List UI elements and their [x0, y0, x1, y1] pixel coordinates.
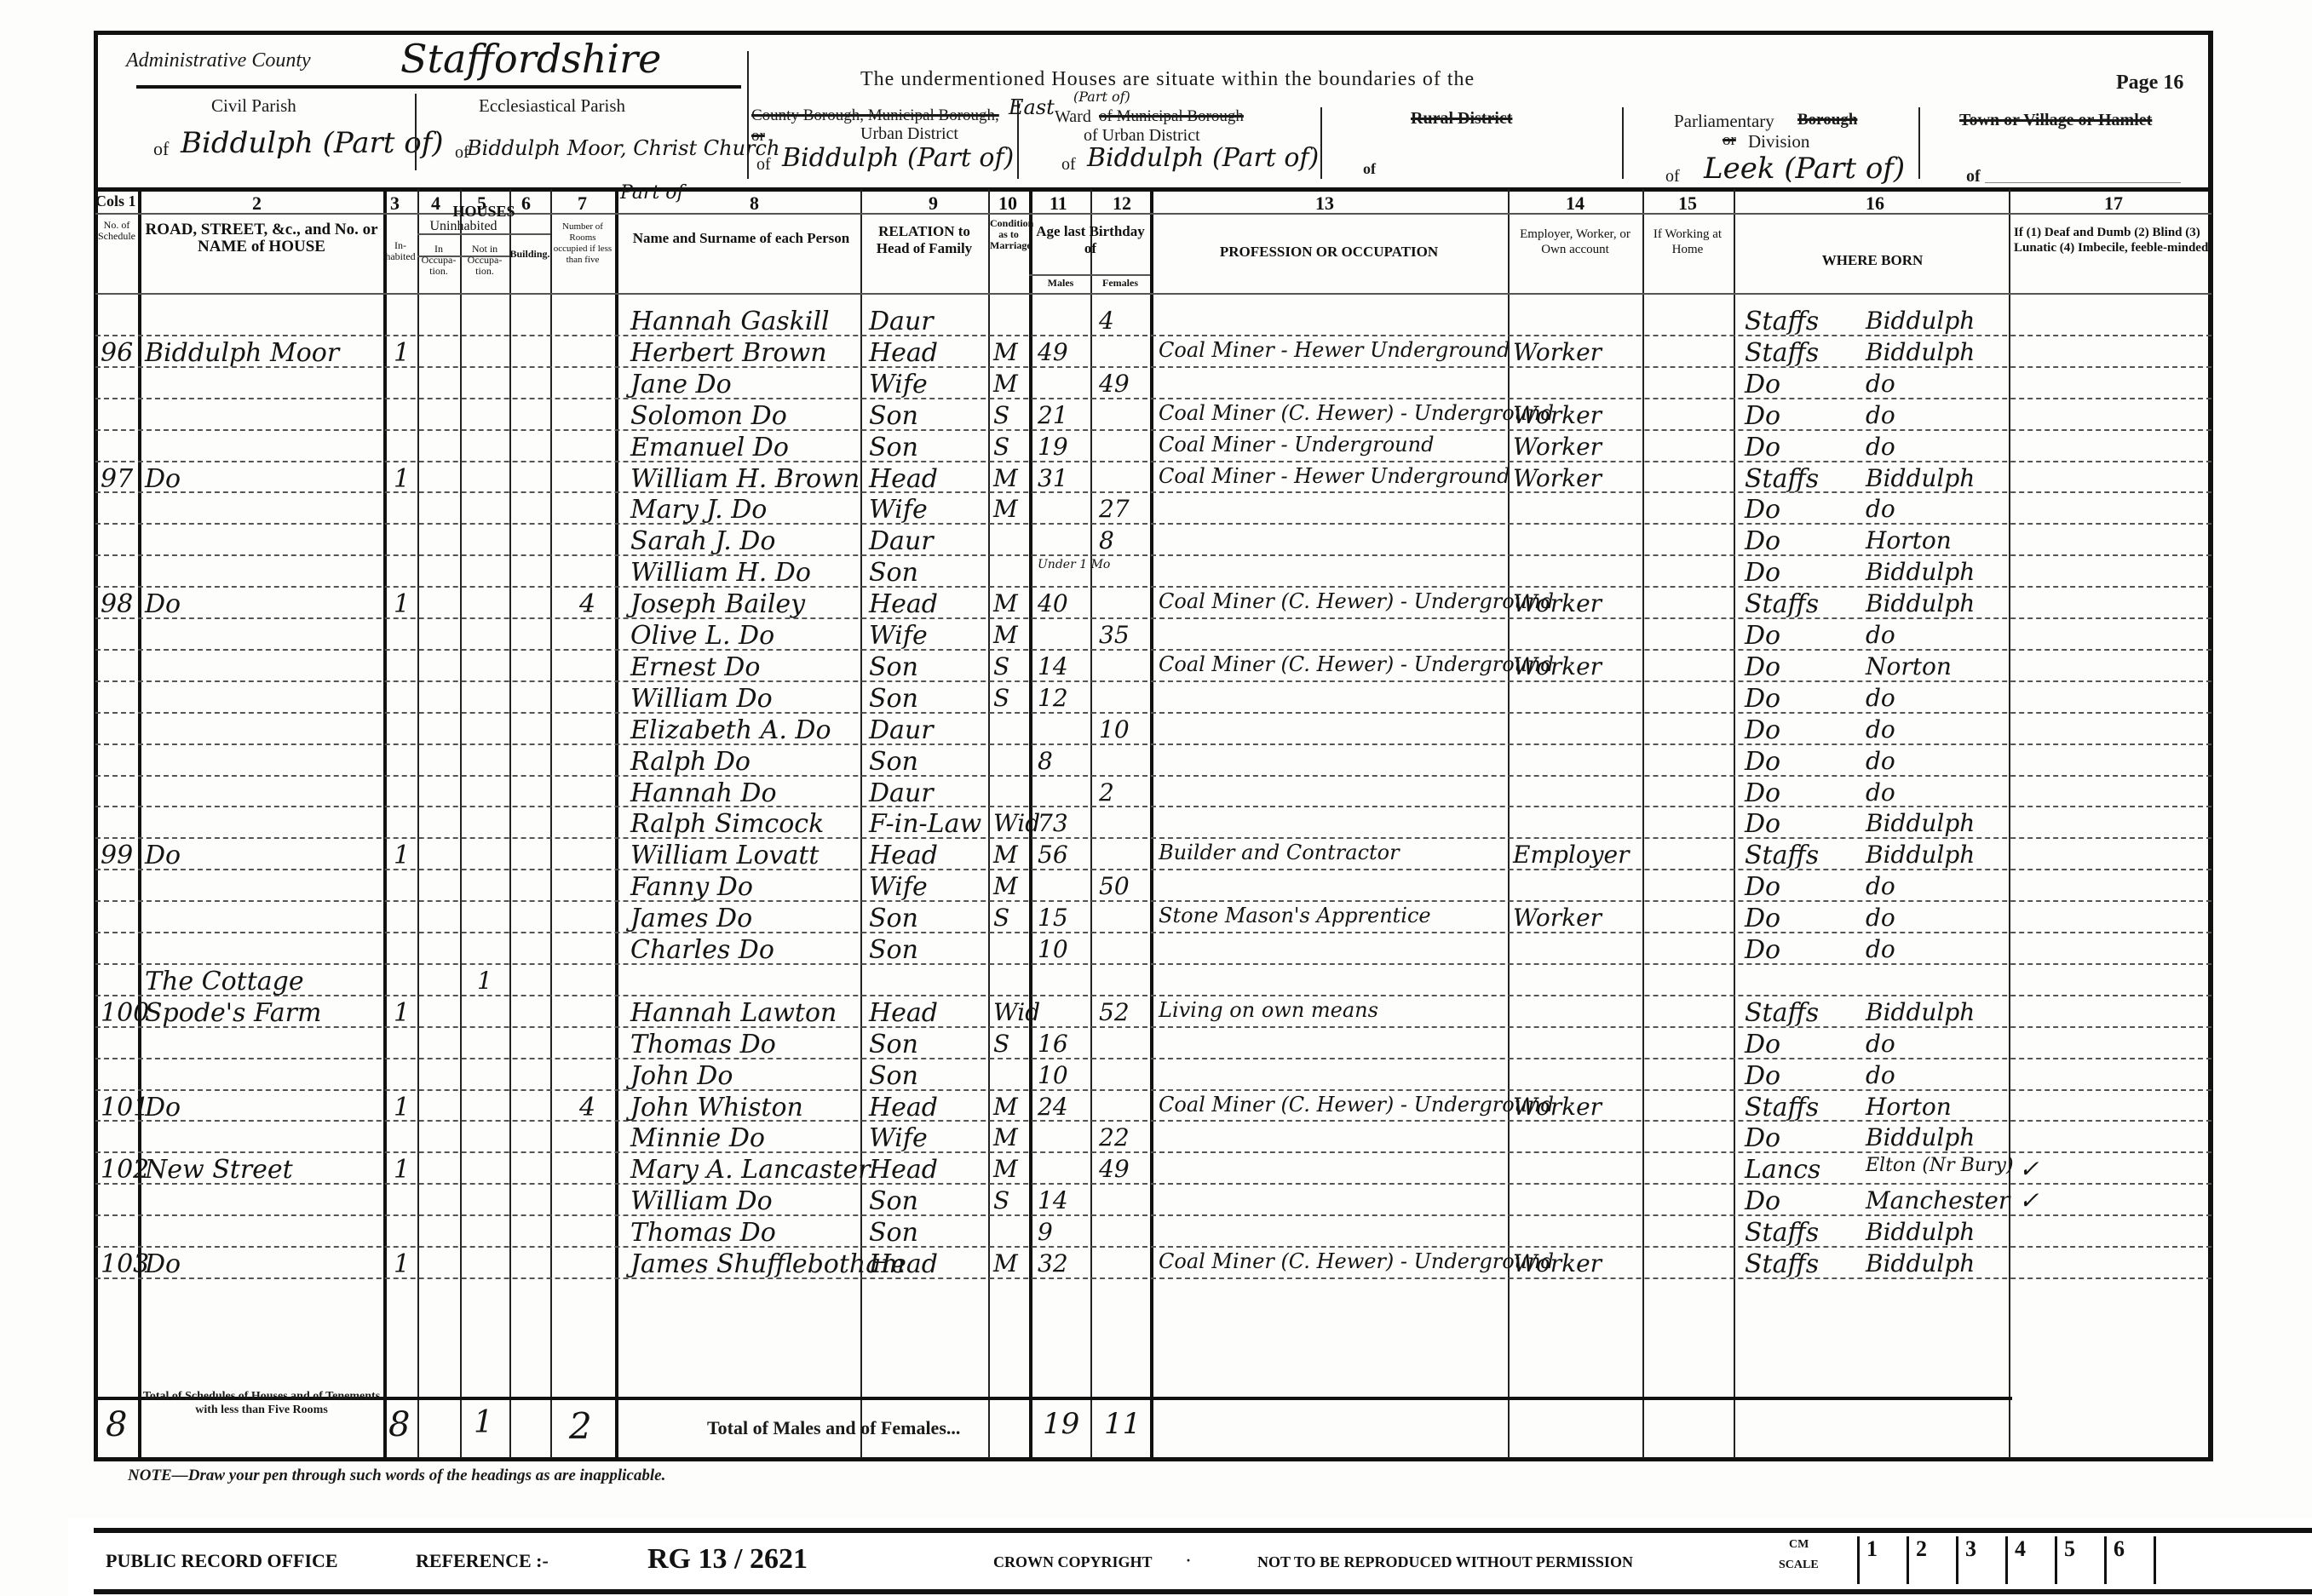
person-name: Charles Do [630, 935, 774, 965]
row-rule [95, 398, 2211, 399]
birth-county: Staffs [1745, 1249, 1819, 1279]
birth-county: Staffs [1745, 338, 1819, 368]
age-male: 19 [1038, 433, 1068, 461]
relation: Daur [869, 526, 934, 556]
column-divider [460, 189, 462, 1458]
birth-place: Horton [1866, 1093, 1952, 1121]
col-number-17: 17 [2104, 192, 2123, 215]
row-rule [95, 1246, 2211, 1248]
row-rule [95, 1026, 2211, 1028]
age-male: 14 [1038, 1186, 1068, 1214]
marital-condition: M [993, 338, 1018, 366]
marital-condition: M [993, 464, 1018, 492]
header-divider [95, 187, 2211, 192]
inhabited-count: 1 [394, 464, 410, 494]
scale-mark: 3 [1956, 1536, 2005, 1584]
town-village-label: Town or Village or Hamlet [1959, 111, 2152, 130]
rooms-count: 4 [579, 1093, 595, 1122]
birth-place: Biddulph [1866, 589, 1975, 617]
age-male: Under 1 Mo [1038, 558, 1110, 571]
col9-header: RELATION to Head of Family [862, 223, 986, 257]
marital-condition: M [993, 370, 1018, 398]
employment-status: Worker [1513, 589, 1602, 617]
age-male: 12 [1038, 684, 1068, 712]
total-females: 11 [1104, 1407, 1141, 1441]
col-number-15: 15 [1678, 192, 1697, 215]
parliamentary-or-struck: or [1722, 131, 1736, 150]
row-rule [95, 649, 2211, 651]
marital-condition: M [993, 872, 1018, 900]
person-name: James Shufflebotham [630, 1249, 906, 1279]
of-label: of [1966, 167, 1981, 187]
birth-county: Do [1745, 370, 1780, 399]
col3-header: In-habited [383, 240, 417, 262]
marital-condition: S [993, 433, 1009, 461]
age-male: 73 [1038, 809, 1068, 837]
relation: Wife [869, 495, 928, 525]
person-name: Thomas Do [630, 1030, 776, 1059]
total-males: 19 [1043, 1407, 1079, 1441]
birth-county: Do [1745, 526, 1780, 556]
age-male: 16 [1038, 1030, 1068, 1058]
person-name: Elizabeth A. Do [630, 715, 831, 745]
occupation: Coal Miner (C. Hewer) - Underground [1159, 1249, 1554, 1273]
occupation: Coal Miner - Underground [1159, 433, 1434, 456]
row-rule [95, 932, 2211, 933]
address: Spode's Farm [145, 998, 321, 1028]
schedule-number: 99 [101, 841, 133, 870]
col-number-12: 12 [1113, 192, 1131, 215]
birth-county: Do [1745, 558, 1780, 588]
person-name: Ralph Simcock [630, 809, 824, 839]
relation: Son [869, 1186, 918, 1216]
relation: Head [869, 841, 938, 870]
person-name: Olive L. Do [630, 621, 774, 651]
row-rule [95, 900, 2211, 902]
relation: Son [869, 904, 918, 933]
age-male: 15 [1038, 904, 1068, 932]
occupation: Coal Miner (C. Hewer) - Underground [1159, 401, 1554, 425]
col8-header: Name and Surname of each Person [630, 230, 852, 247]
total-schedules: 8 [106, 1405, 127, 1444]
occupation: Coal Miner (C. Hewer) - Underground [1159, 652, 1554, 676]
birth-place: Biddulph [1866, 307, 1975, 335]
ward-value: Biddulph (Part of) [1087, 143, 1319, 173]
parliamentary-value: Leek (Part of) [1704, 152, 1905, 186]
person-name: Ernest Do [630, 652, 760, 682]
occupation: Living on own means [1159, 998, 1378, 1022]
relation: Head [869, 464, 938, 494]
col-number-16: 16 [1866, 192, 1884, 215]
birth-county: Do [1745, 1186, 1780, 1216]
birth-place: do [1866, 621, 1895, 649]
column-divider [615, 189, 618, 1458]
birth-county: Staffs [1745, 1093, 1819, 1122]
ward-part-note: (Part of) [1073, 89, 1130, 105]
birth-place: do [1866, 684, 1895, 712]
row-rule [95, 429, 2211, 431]
col1-header: No. of Schedule [95, 220, 138, 242]
row-rule [95, 1058, 2211, 1059]
col10-header: Condition as to Marriage [990, 218, 1027, 251]
birth-county: Staffs [1745, 1218, 1819, 1248]
relation: Wife [869, 621, 928, 651]
birth-place: Biddulph [1866, 809, 1975, 837]
birth-county: Do [1745, 1123, 1780, 1153]
person-name: William H. Do [630, 558, 811, 588]
inhabited-count: 1 [394, 1249, 410, 1279]
occupation: Coal Miner (C. Hewer) - Underground [1159, 589, 1554, 613]
heading-note: NOTE—Draw your pen through such words of… [128, 1467, 665, 1485]
birth-county: Do [1745, 621, 1780, 651]
schedule-number: 100 [101, 998, 149, 1028]
ward-struck-label: of Municipal Borough [1099, 107, 1244, 126]
marital-condition: Wid [993, 998, 1040, 1026]
row-rule [95, 775, 2211, 777]
age-male: 10 [1038, 1061, 1068, 1089]
relation: Son [869, 935, 918, 965]
schedule-number: 101 [101, 1093, 149, 1122]
col7-header: Number of Rooms occupied if less than fi… [552, 221, 613, 266]
scale-mark: 5 [2055, 1536, 2104, 1584]
ward-prefix: East [1009, 95, 1055, 119]
birth-place: do [1866, 495, 1895, 523]
birth-place: do [1866, 747, 1895, 775]
footer-reference-label: REFERENCE :- [416, 1550, 549, 1572]
infirmity-mark: ✓ [2019, 1186, 2039, 1214]
age-male: 9 [1038, 1218, 1053, 1246]
relation: Son [869, 684, 918, 714]
schedule-number: 103 [101, 1249, 149, 1279]
inhabited-count: 1 [394, 841, 410, 870]
column-divider [1642, 189, 1644, 1458]
row-rule [95, 1214, 2211, 1216]
of-label: of [153, 138, 169, 160]
relation: Son [869, 401, 918, 431]
row-rule [95, 461, 2211, 462]
birth-place: Biddulph [1866, 841, 1975, 869]
employment-status: Worker [1513, 904, 1602, 932]
relation: Wife [869, 1123, 928, 1153]
relation: Son [869, 1030, 918, 1059]
divider [1918, 107, 1920, 179]
occupation: Builder and Contractor [1159, 841, 1400, 864]
col4-header: In Occupa-tion. [419, 244, 458, 277]
person-name: Joseph Bailey [630, 589, 805, 619]
birth-county: Do [1745, 935, 1780, 965]
col6-header: Building. [509, 249, 550, 260]
row-rule [95, 680, 2211, 682]
parliamentary-borough-struck: Borough [1797, 111, 1857, 129]
birth-county: Staffs [1745, 464, 1819, 494]
birth-place: do [1866, 904, 1895, 932]
age-female: 4 [1099, 307, 1114, 335]
person-name: William H. Brown [630, 464, 860, 494]
marital-condition: M [993, 1123, 1018, 1151]
col11-12-header: Age last Birthday of [1032, 223, 1148, 257]
person-name: Fanny Do [630, 872, 753, 902]
urban-district-value: Biddulph (Part of) [782, 143, 1014, 173]
col16-header: WHERE BORN [1738, 252, 2007, 269]
age-female: 52 [1099, 998, 1130, 1026]
row-rule [95, 366, 2211, 368]
employment-status: Worker [1513, 652, 1602, 680]
column-divider [1734, 189, 1735, 1458]
birth-place: do [1866, 778, 1895, 807]
col14-header: Employer, Worker, or Own account [1510, 227, 1641, 257]
relation: Head [869, 338, 938, 368]
age-male: 14 [1038, 652, 1068, 680]
divider [415, 94, 417, 170]
marital-condition: S [993, 904, 1009, 932]
footer-reference-value: RG 13 / 2621 [647, 1543, 808, 1576]
address: Do [145, 1249, 181, 1279]
col-number-10: 10 [998, 192, 1017, 215]
age-male: 24 [1038, 1093, 1068, 1121]
age-female: 49 [1099, 1155, 1130, 1183]
column-divider [1150, 189, 1153, 1458]
person-name: John Do [630, 1061, 733, 1091]
infirmity-mark: ✓ [2019, 1155, 2039, 1183]
person-name: William Lovatt [630, 841, 819, 870]
of-label: of [1665, 167, 1680, 187]
rooms-count: 4 [579, 589, 595, 619]
row-rule [95, 523, 2211, 525]
total-rooms: 2 [569, 1405, 592, 1447]
marital-condition: Wid [993, 809, 1040, 837]
birth-place: Biddulph [1866, 558, 1975, 586]
column-divider [383, 189, 387, 1458]
marital-condition: S [993, 401, 1009, 429]
age-female: 27 [1099, 495, 1130, 523]
column-divider [1090, 189, 1092, 1458]
schedule-number: 102 [101, 1155, 149, 1185]
person-name: Emanuel Do [630, 433, 789, 462]
col5-header: Not in Occupa-tion. [462, 244, 508, 277]
urban-district-label: Urban District [860, 124, 958, 144]
person-name: Hannah Lawton [630, 998, 837, 1028]
person-name: Hannah Do [630, 778, 777, 808]
row-rule [95, 837, 2211, 839]
admin-county-label: Administrative County [126, 49, 311, 72]
row-rule [95, 1089, 2211, 1091]
row-rule [95, 869, 2211, 870]
person-name: William Do [630, 684, 773, 714]
census-page: Administrative County Staffordshire The … [0, 0, 2312, 1596]
relation: Son [869, 652, 918, 682]
scale-mark: 4 [2005, 1536, 2055, 1584]
age-female: 8 [1099, 526, 1114, 554]
age-male: 10 [1038, 935, 1068, 963]
of-label: of [1363, 160, 1376, 178]
parliamentary-label: Parliamentary [1674, 111, 1774, 132]
birth-place: Biddulph [1866, 998, 1975, 1026]
birth-place: do [1866, 872, 1895, 900]
birth-county: Staffs [1745, 589, 1819, 619]
employment-status: Employer [1513, 841, 1630, 869]
person-name: Mary J. Do [630, 495, 767, 525]
marital-condition: M [993, 621, 1018, 649]
ward-label: Ward [1055, 107, 1091, 127]
birth-place: Biddulph [1866, 464, 1975, 492]
divider [136, 85, 741, 89]
person-name: William Do [630, 1186, 773, 1216]
town-village-value-line [1985, 182, 2181, 183]
relation: Head [869, 1155, 938, 1185]
birth-place: do [1866, 433, 1895, 461]
relation: Daur [869, 307, 934, 336]
total-males-females-label: Total of Males and of Females... [707, 1417, 960, 1439]
birth-place: do [1866, 715, 1895, 743]
birth-place: Manchester [1866, 1186, 2010, 1214]
relation: Son [869, 558, 918, 588]
birth-county: Do [1745, 809, 1780, 839]
address: Do [145, 1093, 181, 1122]
birth-place: Elton (Nr Bury) [1866, 1155, 2014, 1176]
age-male: 8 [1038, 747, 1053, 775]
birth-county: Do [1745, 778, 1780, 808]
col11-header: Males [1032, 278, 1089, 289]
marital-condition: M [993, 589, 1018, 617]
relation: Daur [869, 715, 934, 745]
birth-place: Horton [1866, 526, 1952, 554]
person-name: Jane Do [630, 370, 732, 399]
relation: Wife [869, 872, 928, 902]
address: Do [145, 464, 181, 494]
col8-part-note: Part of [620, 182, 684, 204]
footer-bottom-rule [94, 1589, 2312, 1594]
employment-status: Worker [1513, 433, 1602, 461]
birth-county: Do [1745, 401, 1780, 431]
relation: Son [869, 1218, 918, 1248]
row-rule [95, 712, 2211, 714]
birth-place: do [1866, 1030, 1895, 1058]
birth-county: Do [1745, 1030, 1780, 1059]
column-divider [550, 189, 552, 1458]
person-name: Hannah Gaskill [630, 307, 830, 336]
person-name: John Whiston [630, 1093, 803, 1122]
col-number-14: 14 [1566, 192, 1584, 215]
ecclesiastical-parish-value: Biddulph Moor, Christ Church [467, 136, 779, 160]
address: New Street [145, 1155, 293, 1185]
employment-status: Worker [1513, 1249, 1602, 1277]
inhabited-count: 1 [394, 998, 410, 1028]
birth-county: Lancs [1745, 1155, 1820, 1185]
col17-header: If (1) Deaf and Dumb (2) Blind (3) Lunat… [2014, 225, 2210, 255]
age-female: 35 [1099, 621, 1130, 649]
person-name: Minnie Do [630, 1123, 765, 1153]
col12-header: Females [1092, 278, 1148, 289]
age-male: 21 [1038, 401, 1068, 429]
uninhabited-header: Uninhabited [417, 218, 509, 235]
age-female: 49 [1099, 370, 1130, 398]
address: The Cottage [145, 967, 304, 996]
scale-end [2154, 1536, 2163, 1584]
intro-text: The undermentioned Houses are situate wi… [860, 68, 1475, 91]
row-rule [95, 335, 2211, 336]
footer-copyright: CROWN COPYRIGHT [993, 1553, 1153, 1571]
col2-header: ROAD, STREET, &c., and No. or NAME of HO… [141, 221, 382, 255]
birth-place: Norton [1866, 652, 1952, 680]
occupation: Stone Mason's Apprentice [1159, 904, 1431, 927]
row-rule [95, 1277, 2211, 1279]
birth-county: Do [1745, 747, 1780, 777]
age-female: 2 [1099, 778, 1114, 807]
birth-county: Do [1745, 433, 1780, 462]
age-male: 40 [1038, 589, 1068, 617]
row-rule [95, 617, 2211, 619]
row-rule [95, 743, 2211, 745]
division-label: Division [1748, 131, 1809, 152]
footer-notice: NOT TO BE REPRODUCED WITHOUT PERMISSION [1257, 1553, 1633, 1571]
inhabited-count: 1 [394, 1155, 410, 1185]
birth-county: Staffs [1745, 998, 1819, 1028]
marital-condition: M [993, 1155, 1018, 1183]
footer-office: PUBLIC RECORD OFFICE [106, 1550, 338, 1572]
header-subrule [1029, 274, 1150, 276]
total-uninhabited: 1 [474, 1405, 493, 1440]
col13-header: PROFESSION OR OCCUPATION [1159, 244, 1499, 261]
header-rule [95, 213, 2211, 215]
birth-county: Do [1745, 715, 1780, 745]
person-name: James Do [630, 904, 752, 933]
schedule-number: 98 [101, 589, 133, 619]
birth-place: do [1866, 370, 1895, 398]
relation: Head [869, 589, 938, 619]
marital-condition: S [993, 1030, 1009, 1058]
archive-footer: PUBLIC RECORD OFFICE REFERENCE :- RG 13 … [68, 1518, 2312, 1596]
employment-status: Worker [1513, 464, 1602, 492]
age-male: 31 [1038, 464, 1068, 492]
row-rule [95, 554, 2211, 556]
totals-divider [95, 1397, 2012, 1400]
birth-place: Biddulph [1866, 1123, 1975, 1151]
marital-condition: M [993, 1093, 1018, 1121]
civil-parish-label: Civil Parish [211, 95, 296, 117]
relation: Head [869, 1093, 938, 1122]
age-female: 10 [1099, 715, 1130, 743]
birth-place: Biddulph [1866, 1218, 1975, 1246]
row-rule [95, 995, 2211, 996]
of-label: of [1061, 155, 1076, 175]
person-name: Solomon Do [630, 401, 787, 431]
col15-header: If Working at Home [1644, 227, 1731, 257]
divider [1320, 107, 1322, 179]
col-number-9: 9 [929, 192, 938, 215]
divider [1622, 107, 1624, 179]
col-number-1: Cols 1 [95, 192, 136, 210]
relation: Son [869, 433, 918, 462]
inhabited-count: 1 [394, 338, 410, 368]
employment-status: Worker [1513, 1093, 1602, 1121]
row-rule [95, 963, 2211, 965]
row-rule [95, 1151, 2211, 1153]
address: Biddulph Moor [145, 338, 339, 368]
civil-parish-value: Biddulph (Part of) [181, 126, 444, 160]
schedule-number: 97 [101, 464, 133, 494]
column-divider [417, 189, 419, 1458]
employment-status: Worker [1513, 338, 1602, 366]
column-divider [2009, 189, 2010, 1458]
marital-condition: M [993, 495, 1018, 523]
col-number-11: 11 [1050, 192, 1067, 215]
column-divider [988, 189, 990, 1458]
relation: Head [869, 1249, 938, 1279]
address: Do [145, 589, 181, 619]
address: Do [145, 841, 181, 870]
birth-county: Do [1745, 904, 1780, 933]
col-number-2: 2 [252, 192, 262, 215]
